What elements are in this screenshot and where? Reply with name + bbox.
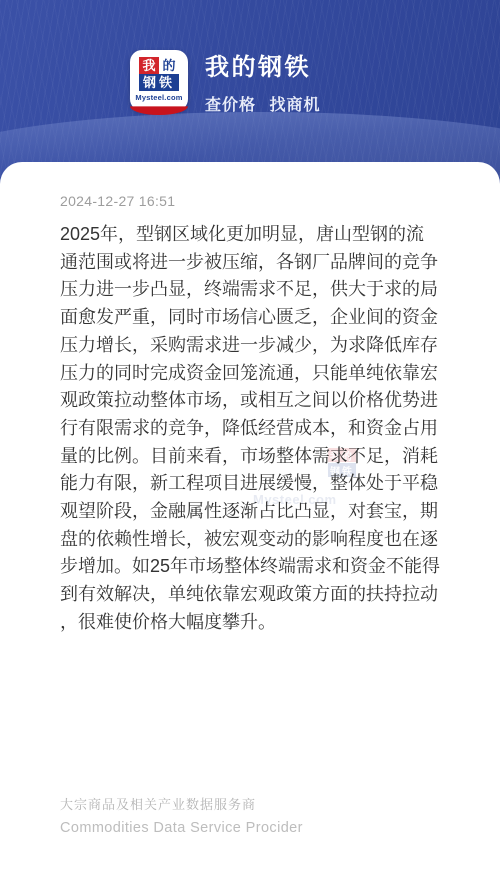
mysteel-logo: 我 的 钢铁 Mysteel.com	[130, 50, 188, 111]
footer-tagline-en: Commodities Data Service Procider	[60, 820, 303, 836]
article-body: 2025年，型钢区域化更加明显，唐山型钢的流 通范围或将进一步被压缩，各钢厂品牌…	[60, 221, 452, 637]
app-tagline: 查价格 找商机	[205, 92, 320, 115]
brand-row: 我 的 钢铁 Mysteel.com 我的钢铁 查价格 找商机	[130, 50, 320, 115]
app-title: 我的钢铁	[205, 54, 320, 82]
card-footer: 大宗商品及相关产业数据服务商 Commodities Data Service …	[60, 794, 303, 836]
article-timestamp: 2024-12-27 16:51	[60, 193, 175, 209]
logo-domain-text: Mysteel.com	[130, 93, 188, 102]
logo-character-grid: 我 的 钢铁	[139, 57, 179, 91]
app-header: 我 的 钢铁 Mysteel.com 我的钢铁 查价格 找商机	[0, 0, 500, 185]
logo-tile-de: 的	[159, 57, 179, 74]
logo-tile-wo: 我	[139, 57, 159, 74]
logo-tile-gangtie: 钢铁	[139, 74, 179, 91]
brand-text: 我的钢铁 查价格 找商机	[205, 50, 320, 115]
footer-tagline-zh: 大宗商品及相关产业数据服务商	[60, 794, 303, 813]
content-card: 2024-12-27 16:51 我的 钢铁 Mysteel.com 2025年…	[0, 162, 500, 870]
